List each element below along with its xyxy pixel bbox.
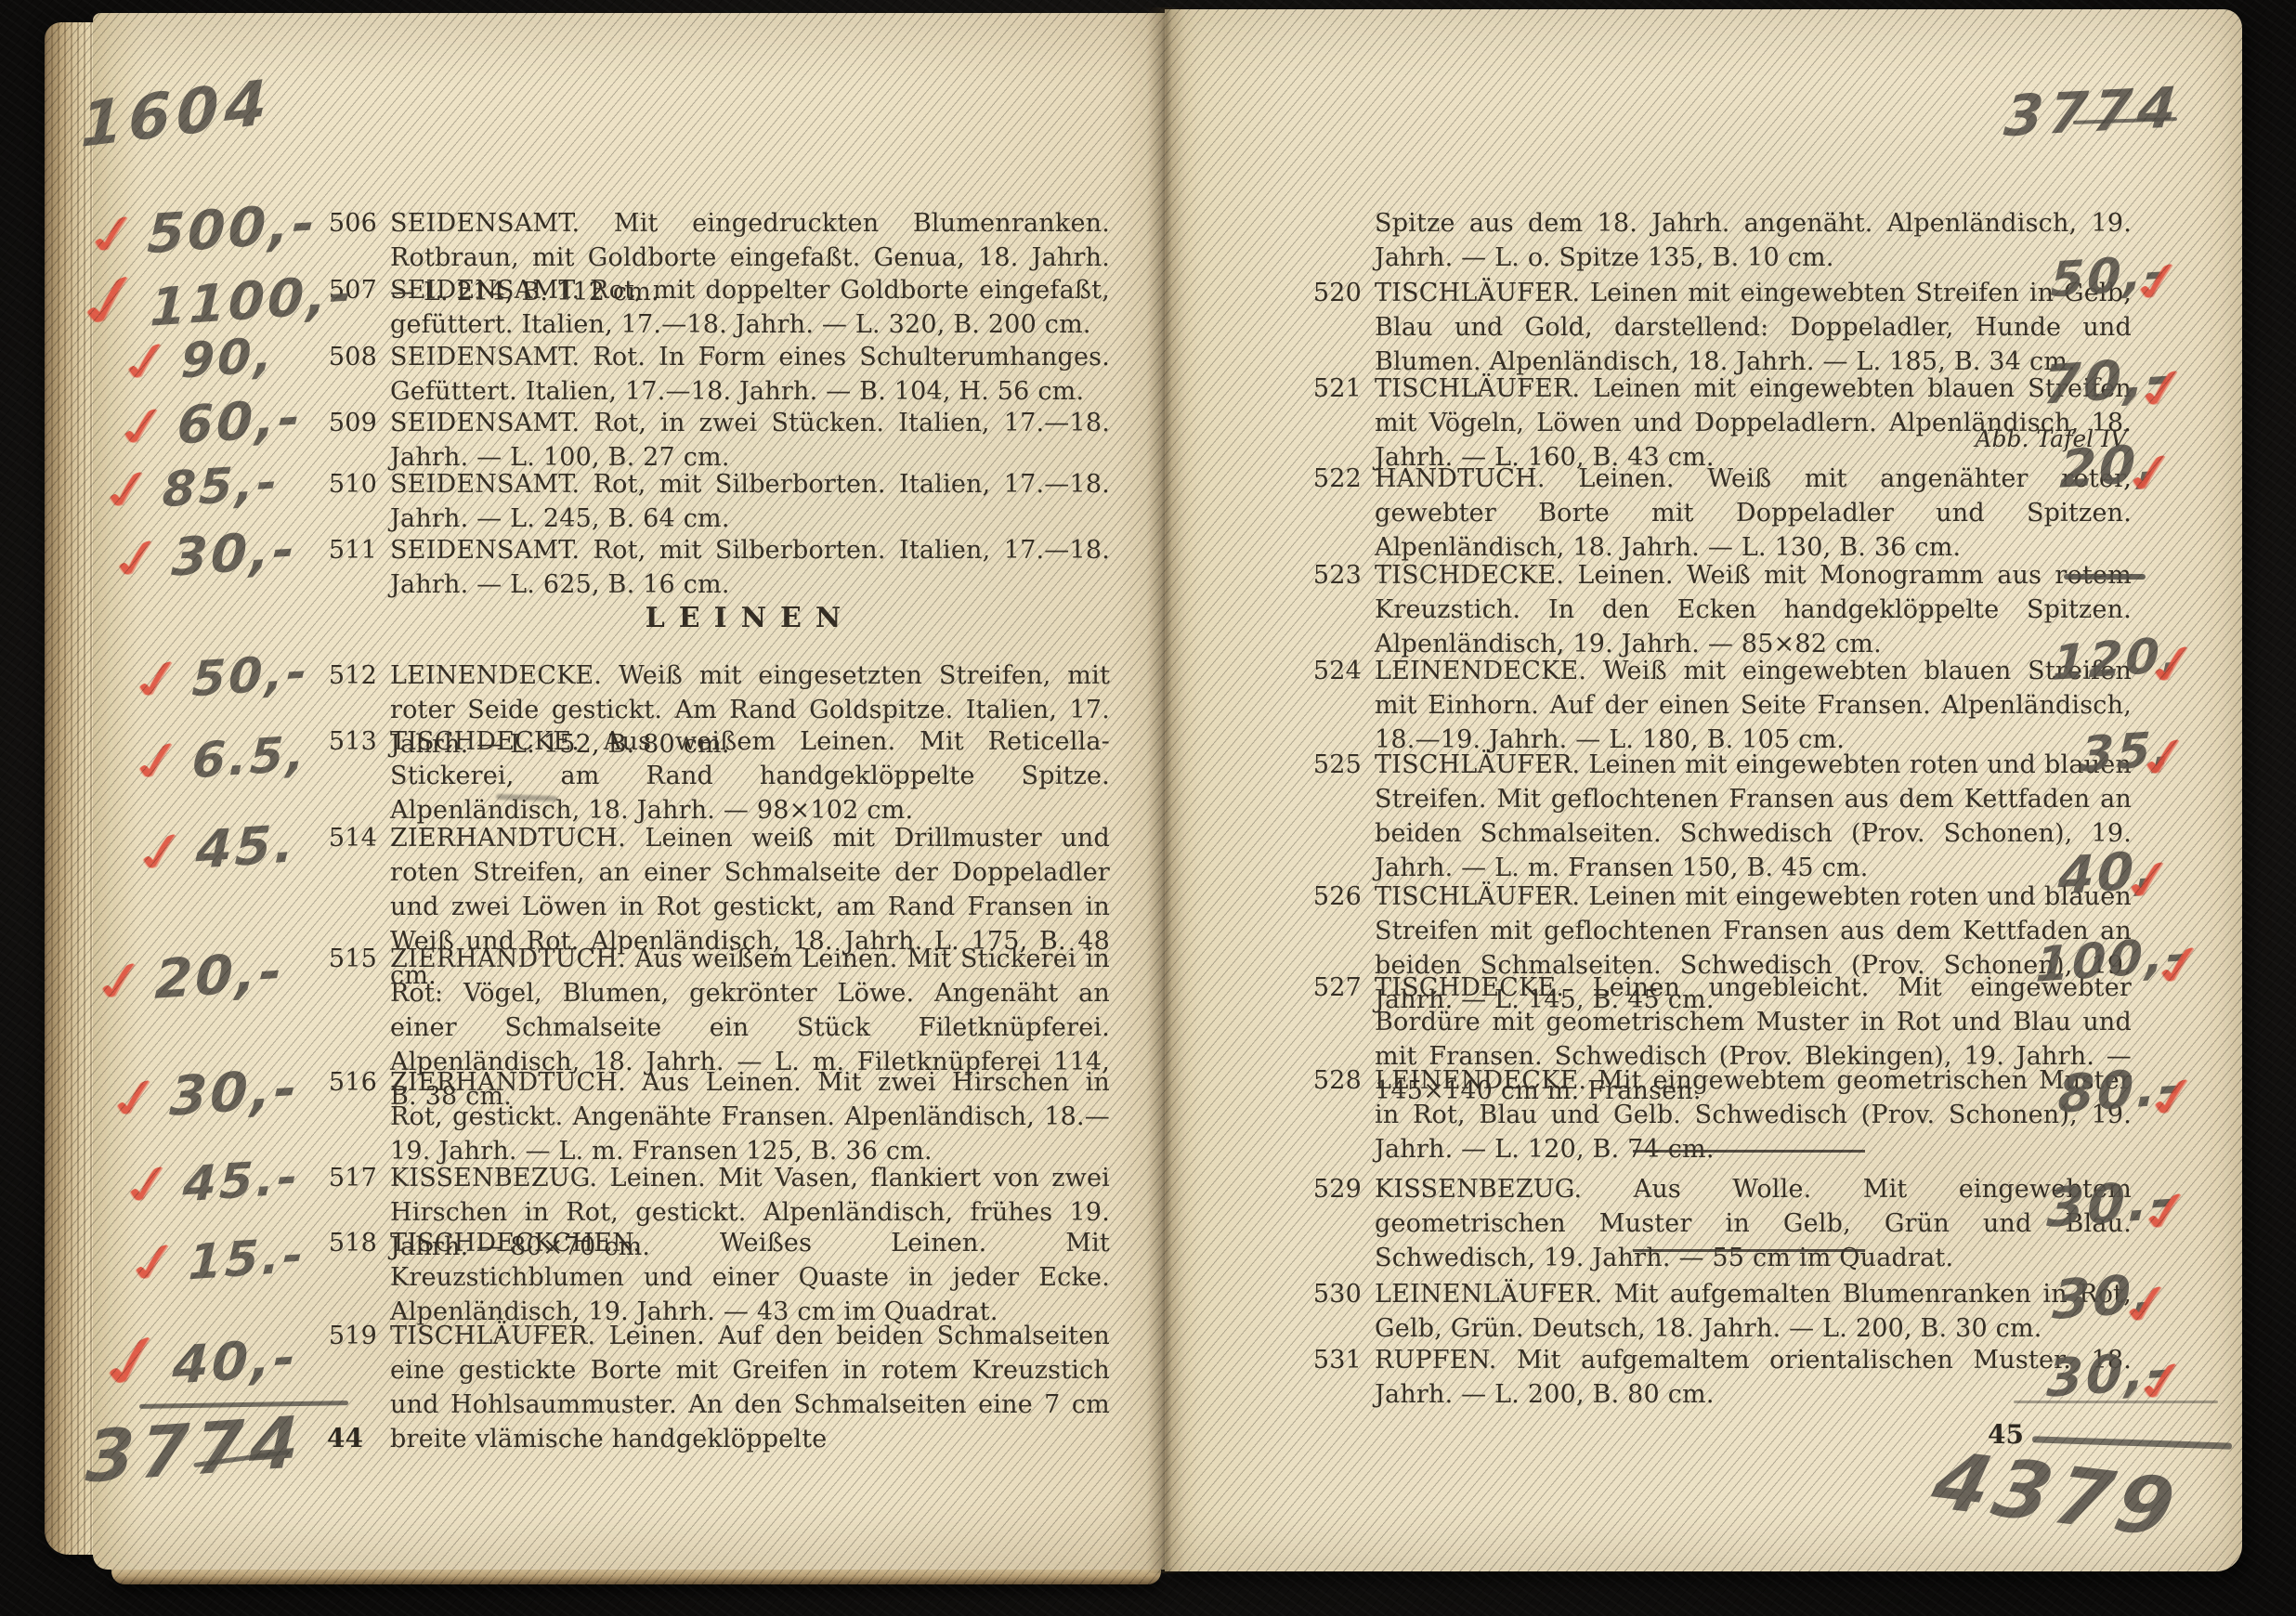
checkmark-icon: ✓ [2124,247,2192,318]
checkmark-icon: ✓ [2113,1270,2181,1340]
book-gutter [1146,7,1185,1573]
lot-number: 517 [321,1161,377,1195]
catalog-entry-511: 511SEIDENSAMT. Rot, mit Silberborten. It… [390,533,1110,602]
checkmark-icon: ✓ [124,645,191,715]
price-annotation-524: 120,✓ [2053,632,2195,696]
photo-background: 1604 506SEIDENSAMT. Mit eingedruckten Bl… [0,0,2296,1616]
lot-description: RUPFEN. Mit aufgemaltem orientalischen M… [1375,1346,2132,1409]
catalog-entry-523: 523TISCHDECKE. Leinen. Weiß mit Monogram… [1375,558,2132,661]
price-annotation-521: 70,-✓ [2043,349,2185,420]
catalog-entry-519-continuation: Spitze aus dem 18. Jahrh. angenäht. Alpe… [1375,206,2132,275]
handwritten-price: 30,- [168,1056,300,1128]
price-annotation-516: ✓30,- [113,1061,299,1129]
page-number-44: 44 [327,1423,363,1453]
handwritten-price: 90, [180,328,277,390]
lot-number: 531 [1306,1343,1362,1377]
section-divider-rule [1633,1150,1865,1153]
lot-number: 525 [1306,748,1362,782]
lot-number: 516 [321,1065,377,1100]
catalog-entry-519: 519TISCHLÄUFER. Leinen. Auf den beiden S… [390,1319,1110,1456]
lot-description: TISCHDECKE. Leinen. Weiß mit Monogramm a… [1375,561,2132,658]
lot-description: TISCHDECKCHEN. Weißes Leinen. Mit Kreuzs… [390,1229,1110,1326]
lot-number: 521 [1306,371,1362,406]
checkmark-icon: ✓ [86,946,154,1017]
checkmark-icon: ✓ [120,1228,188,1298]
catalog-entry-522: 522HANDTUCH. Leinen. Weiß mit angenähter… [1375,462,2132,565]
handwritten-price: 6.5, [191,726,309,789]
lot-number: 527 [1306,971,1362,1005]
lot-description: LEINENLÄUFER. Mit aufgemalten Blumenrank… [1375,1280,2132,1343]
price-annotation-508: ✓90, [124,331,275,393]
lot-description: TISCHLÄUFER. Leinen mit eingewebten rote… [1375,750,2132,882]
checkmark-icon: ✓ [94,455,162,526]
lot-number: 530 [1306,1277,1362,1311]
handwritten-price: 45.- [182,1150,301,1214]
catalog-entry-525: 525TISCHLÄUFER. Leinen mit eingewebten r… [1375,748,2132,885]
pencil-underline-531 [2014,1401,2218,1403]
section-heading-leinen: LEINEN [390,602,1110,634]
price-annotation-510: ✓85,- [106,459,280,521]
lot-description: TISCHDECKE. Aus weißem Leinen. Mit Retic… [390,727,1110,825]
lot-description: TISCHLÄUFER. Leinen mit eingewebten blau… [1375,374,2132,472]
lot-number: 514 [321,821,377,855]
auction-total-note-top-right: 3774 [2002,75,2185,150]
lot-description: TISCHLÄUFER. Leinen. Auf den beiden Schm… [390,1322,1110,1453]
price-annotation-529: 30.-✓ [2047,1172,2188,1243]
checkmark-icon: ✓ [2133,1177,2200,1247]
catalog-entry-508: 508SEIDENSAMT. Rot. In Form eines Schult… [390,340,1110,409]
checkmark-icon: ✓ [127,817,195,888]
lot-number: 526 [1306,880,1362,914]
price-annotation-523-dash [2064,574,2146,580]
handwritten-price: 40,- [172,1327,299,1396]
lot-description: HANDTUCH. Leinen. Weiß mit angenähter ro… [1375,464,2132,562]
price-annotation-520: 50,-✓ [2051,249,2180,313]
lot-number: 509 [321,406,377,440]
checkmark-icon: ✓ [103,524,171,594]
checkmark-icon: ✓ [2146,931,2213,1001]
checkmark-icon: ✓ [114,1150,182,1220]
lot-description: SEIDENSAMT. Rot, in zwei Stücken. Italie… [390,409,1110,472]
handwritten-price: 20,- [153,939,285,1011]
price-annotation-519: ✓40,- [104,1323,298,1401]
lot-number: 508 [321,340,377,374]
catalog-entry-521: 521TISCHLÄUFER. Leinen mit eingewebten b… [1375,371,2132,475]
catalog-entry-510: 510SEIDENSAMT. Rot, mit Silberborten. It… [390,467,1110,536]
handwritten-price: 50,- [191,645,310,709]
lot-number: 520 [1306,276,1362,310]
catalog-entry-518: 518TISCHDECKCHEN. Weißes Leinen. Mit Kre… [390,1226,1110,1329]
handwritten-price: 30,- [170,519,297,588]
lot-number: 506 [321,206,377,241]
checkmark-icon: ✓ [112,327,180,397]
handwritten-price: 60,- [176,387,303,456]
lot-description: TISCHLÄUFER. Leinen mit eingewebten Stre… [1375,279,2132,376]
price-annotation-530: 30.✓ [2053,1265,2169,1336]
price-annotation-527: 100,-✓ [2036,932,2201,997]
price-annotation-517: ✓45.- [126,1153,300,1216]
catalog-entry-529: 529KISSENBEZUG. Aus Wolle. Mit eingewebt… [1375,1172,2132,1275]
auction-total-note-bottom-left: 3774 [85,1401,306,1499]
catalog-entry-516: 516ZIERHANDTUCH. Aus Leinen. Mit zwei Hi… [390,1065,1110,1168]
lot-description: KISSENBEZUG. Aus Wolle. Mit eingewebtem … [1375,1175,2132,1272]
lot-number: 515 [321,942,377,976]
price-annotation-528: 80.-✓ [2058,1061,2195,1128]
lot-number: 518 [321,1226,377,1260]
price-annotation-507: ✓1100,- [82,262,354,340]
lot-number: 528 [1306,1063,1362,1098]
lot-description: SEIDENSAMT. Rot, mit Silberborten. Itali… [390,470,1110,533]
lot-number: 511 [321,533,377,567]
lot-number: 523 [1306,558,1362,593]
price-annotation-515: ✓20,- [98,944,284,1012]
price-annotation-509: ✓60,- [121,392,302,458]
lot-number: 529 [1306,1172,1362,1206]
catalog-entry-520: 520TISCHLÄUFER. Leinen mit eingewebten S… [1375,276,2132,379]
price-annotation-512: ✓50,- [136,648,309,710]
checkmark-icon: ✓ [124,726,191,797]
catalog-entry-509: 509SEIDENSAMT. Rot, in zwei Stücken. Ita… [390,406,1110,475]
handwritten-price: 15.- [188,1228,307,1292]
price-annotation-511: ✓30,- [115,524,296,590]
price-annotation-513: ✓6.5, [136,730,307,792]
handwritten-price: 85,- [162,455,280,519]
catalog-entry-507: 507SEIDENSAMT. Rot, mit doppelter Goldbo… [390,273,1110,342]
handwritten-price: 1100,- [150,264,356,338]
price-annotation-522: 20,✓ [2060,437,2172,504]
lot-description: SEIDENSAMT. Rot, mit Silberborten. Itali… [390,536,1110,599]
checkmark-icon: ✓ [109,392,176,463]
checkmark-icon: ✓ [2129,354,2197,424]
catalog-entry-513: 513TISCHDECKE. Aus weißem Leinen. Mit Re… [390,724,1110,828]
handwritten-price: 45. [195,814,298,880]
lot-number: 524 [1306,654,1362,688]
lot-number: 512 [321,658,377,693]
lot-number: 513 [321,724,377,759]
catalog-entry-524: 524LEINENDECKE. Weiß mit eingewebten bla… [1375,654,2132,757]
lot-description: SEIDENSAMT. Rot, mit doppelter Goldborte… [390,276,1110,339]
lot-number: 522 [1306,462,1362,496]
price-annotation-518: ✓15.- [132,1232,306,1294]
handwritten-price: 500,- [146,191,318,267]
lot-description: ZIERHANDTUCH. Aus Leinen. Mit zwei Hirsc… [390,1068,1110,1166]
lot-description: SEIDENSAMT. Rot. In Form eines Schulteru… [390,343,1110,406]
checkmark-icon: ✓ [101,1063,169,1134]
catalog-entry-530: 530LEINENLÄUFER. Mit aufgemalten Blumenr… [1375,1277,2132,1346]
lot-description: LEINENDECKE. Weiß mit eingewebten blauen… [1375,657,2132,754]
lot-number: 510 [321,467,377,502]
lot-number: 519 [321,1319,377,1353]
section-divider-rule [1633,1249,1865,1252]
price-annotation-514: ✓45. [139,817,296,883]
price-annotation-525: 35,✓ [2081,724,2186,788]
price-annotation-526: 40,✓ [2058,843,2171,911]
